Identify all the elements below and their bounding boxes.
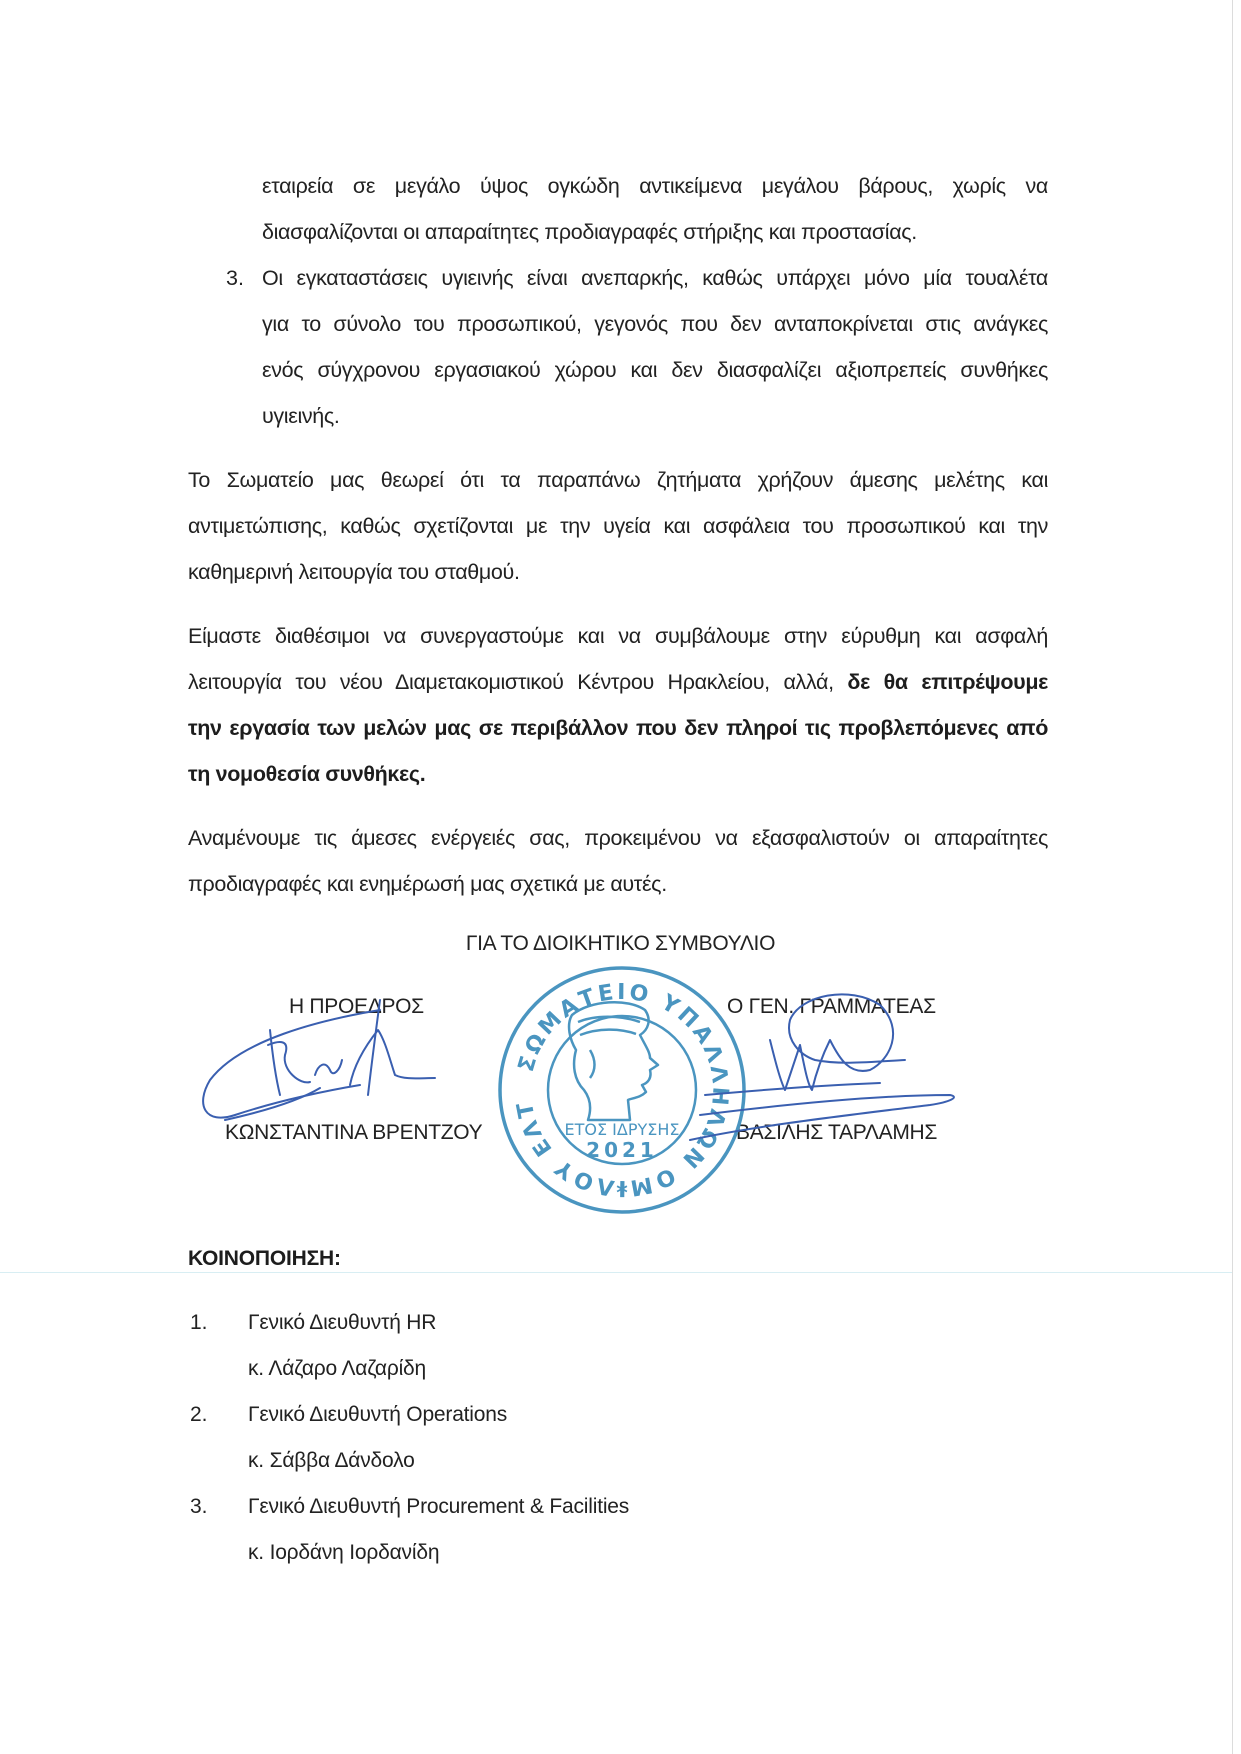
president-role: Η ΠΡΟΕΔΡΟΣ	[289, 994, 424, 1020]
scan-edge-line	[1232, 0, 1233, 1754]
union-stamp	[500, 968, 744, 1212]
para2-line-1: Είμαστε διαθέσιμοι να συνεργαστούμε και …	[188, 623, 1048, 649]
para2-line-4-bold: τη νομοθεσία συνθήκες.	[188, 761, 425, 787]
cc-item-3-number: 3.	[190, 1494, 208, 1520]
para2-line-3-bold: την εργασία των μελών μας σε περιβάλλον …	[188, 715, 1048, 741]
para1-line-3: καθημερινή λειτουργία του σταθμού.	[188, 559, 520, 585]
para1-line-1: Το Σωματείο μας θεωρεί ότι τα παραπάνω ζ…	[188, 467, 1048, 493]
cc-item-3-person: κ. Ιορδάνη Ιορδανίδη	[248, 1540, 439, 1566]
para2-line-2-normal: λειτουργία του νέου Διαμετακομιστικού Κέ…	[188, 670, 847, 694]
cc-heading: ΚΟΙΝΟΠΟΙΗΣΗ:	[188, 1246, 341, 1272]
cc-item-1-person: κ. Λάζαρο Λαζαρίδη	[248, 1356, 426, 1382]
item2-line-2: διασφαλίζονται οι απαραίτητες προδιαγραφ…	[262, 219, 917, 245]
stamp-founded-label: ΕΤΟΣ ΙΔΡΥΣΗΣ	[564, 1120, 679, 1139]
para3-line-2: προδιαγραφές και ενημέρωσή μας σχετικά μ…	[188, 871, 667, 897]
para2-line-2-bold: δε θα επιτρέψουμε	[847, 670, 1048, 694]
board-title: ΓΙΑ ΤΟ ΔΙΟΙΚΗΤΙΚΟ ΣΥΜΒΟΥΛΙΟ	[0, 931, 1241, 957]
item3-line-4: υγιεινής.	[262, 403, 340, 429]
cc-item-1-number: 1.	[190, 1310, 208, 1336]
scan-artifact-line	[0, 1272, 1232, 1273]
item2-line-1: εταιρεία σε μεγάλο ύψος ογκώδη αντικείμε…	[262, 173, 1048, 199]
cc-item-3-title: Γενικό Διευθυντή Procurement & Facilitie…	[248, 1494, 629, 1520]
secretary-name: ΒΑΣΙΛΗΣ ΤΑΡΛΑΜΗΣ	[736, 1120, 937, 1146]
president-name: ΚΩΝΣΤΑΝΤΙΝΑ ΒΡΕΝΤΖΟΥ	[225, 1120, 482, 1146]
cc-item-2-title: Γενικό Διευθυντή Operations	[248, 1402, 507, 1428]
letter-page: εταιρεία σε μεγάλο ύψος ογκώδη αντικείμε…	[0, 0, 1241, 1754]
para3-line-1: Αναμένουμε τις άμεσες ενέργειές σας, προ…	[188, 825, 1048, 851]
stamp-star-icon: *	[616, 1181, 628, 1206]
cc-item-1-title: Γενικό Διευθυντή HR	[248, 1310, 436, 1336]
para2-line-2: λειτουργία του νέου Διαμετακομιστικού Κέ…	[188, 669, 1048, 695]
item3-line-1: Οι εγκαταστάσεις υγιεινής είναι ανεπαρκή…	[262, 265, 1048, 291]
hermes-head-icon	[569, 1002, 658, 1120]
secretary-role: Ο ΓΕΝ. ΓΡΑΜΜΑΤΕΑΣ	[727, 994, 936, 1020]
item3-number: 3.	[226, 265, 244, 291]
cc-item-2-number: 2.	[190, 1402, 208, 1428]
item3-line-2: για το σύνολο του προσωπικού, γεγονός πο…	[262, 311, 1048, 337]
cc-item-2-person: κ. Σάββα Δάνδολο	[248, 1448, 415, 1474]
para1-line-2: αντιμετώπισης, καθώς σχετίζονται με την …	[188, 513, 1048, 539]
item3-line-3: ενός σύγχρονου εργασιακού χώρου και δεν …	[262, 357, 1048, 383]
stamp-founded-year: 2021	[586, 1138, 658, 1162]
